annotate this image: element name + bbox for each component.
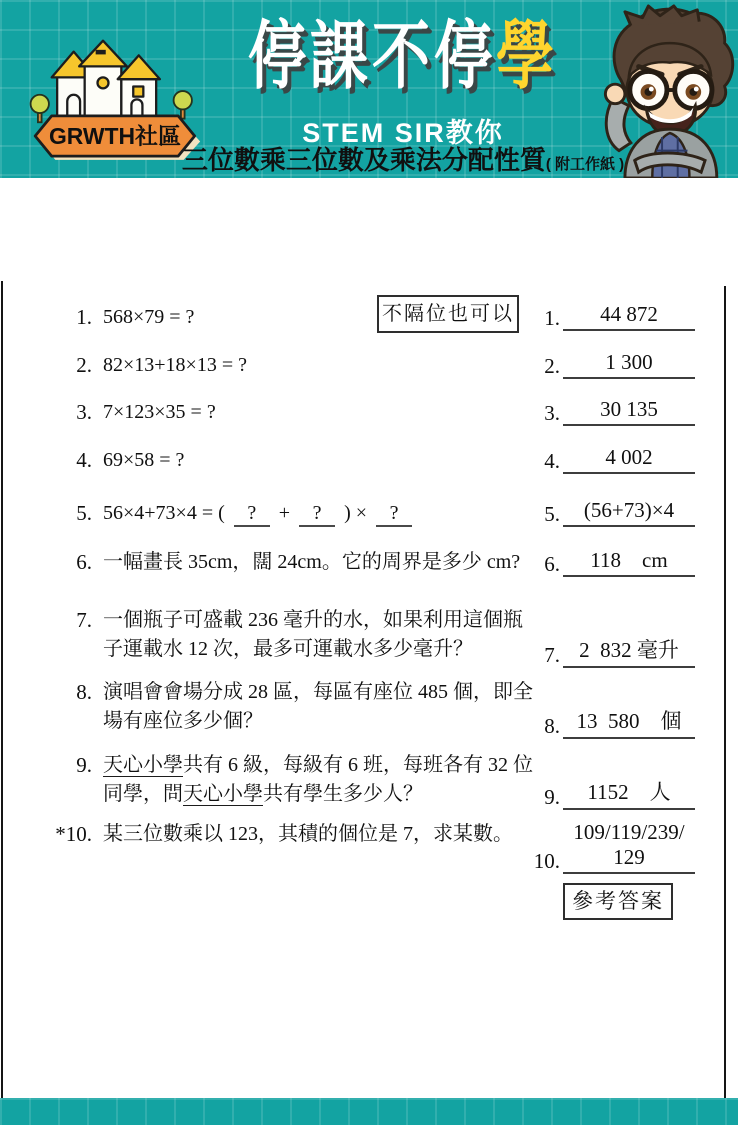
answer-value: 1 300 — [605, 350, 652, 374]
answer-line: 1 300 — [563, 350, 695, 379]
header-banner: GRWTH社區 停課不停學 STEM SIR教你 三位數乘三位數及乘法分配性質(… — [0, 0, 738, 178]
question-8: 8. 演唱會會場分成 28 區，每區有座位 485 個，即全場有座位多少個？ — [40, 678, 533, 736]
answer-7: 7. 2 832 毫升 — [516, 634, 695, 668]
q8-line1: 演唱會會場分成 28 區，每區有座位 485 個，即全 — [103, 678, 533, 707]
answer-line: 118 cm — [563, 548, 695, 577]
q9-line2-rest: 共有學生多少人？ — [263, 783, 423, 805]
question-text: 天心小學共有 6 級，每級有 6 班，每班各有 32 位同學，問天心小學共有學生… — [103, 751, 533, 809]
question-7: 7. 一個瓶子可盛載 236 毫升的水，如果利用這個瓶子運載水 12 次，最多可… — [40, 606, 523, 664]
answer-10: 10. 109/119/239/ 129 — [516, 820, 695, 874]
topic-text: 三位數乘三位數及乘法分配性質 — [182, 145, 546, 175]
question-text: 7×123×35 = ? — [103, 398, 216, 427]
stem-sir-teacher-illustration — [590, 4, 738, 178]
worksheet-page: GRWTH社區 停課不停學 STEM SIR教你 三位數乘三位數及乘法分配性質(… — [0, 0, 738, 1125]
scan-edge-line-left — [1, 281, 3, 1098]
answer-blank: ? — [299, 502, 335, 527]
answer-line: (56+73)×4 — [563, 498, 695, 527]
question-text: 56×4+73×4 = (?+?) ×? — [103, 499, 421, 528]
question-text: 某三位數乘以 123，其積的個位是 7，求某數。 — [103, 820, 513, 849]
question-2: 2. 82×13+18×13 = ? — [40, 351, 247, 380]
q5-plus: + — [279, 502, 290, 524]
question-1: 1. 568×79 = ? — [40, 303, 194, 332]
answer-number: 9. — [516, 785, 563, 810]
answer-value-overflow: 109/119/239/ — [563, 820, 695, 845]
answer-number: 5. — [516, 502, 563, 527]
underlined-school-name: 天心小學 — [103, 754, 183, 777]
q7-line1: 一個瓶子可盛載 236 毫升的水，如果利用這個瓶 — [103, 606, 523, 635]
question-number: 3. — [40, 398, 103, 427]
question-text: 演唱會會場分成 28 區，每區有座位 485 個，即全場有座位多少個？ — [103, 678, 533, 736]
answer-line: 129 — [563, 845, 695, 874]
question-number: 8. — [40, 678, 103, 736]
footer-banner — [0, 1098, 738, 1125]
answer-value: (56+73)×4 — [584, 498, 674, 522]
question-number: 1. — [40, 303, 103, 332]
title-text: 停課不停學 — [178, 20, 628, 94]
answer-value: 13 580 個 — [577, 709, 682, 733]
question-number: 4. — [40, 446, 103, 475]
answer-value: 30 135 — [600, 397, 658, 421]
answer-number: 1. — [516, 306, 563, 331]
q8-line2: 場有座位多少個？ — [103, 707, 533, 736]
answer-line: 13 580 個 — [563, 705, 695, 739]
question-number: 9. — [40, 751, 103, 809]
question-10: *10. 某三位數乘以 123，其積的個位是 7，求某數。 — [40, 820, 513, 849]
answer-5: 5. (56+73)×4 — [516, 498, 695, 527]
q9-line2: 同學，問天心小學共有學生多少人？ — [103, 780, 533, 809]
question-6: 6. 一幅畫長 35cm，闊 24cm。它的周界是多少 cm? — [40, 548, 520, 577]
question-9: 9. 天心小學共有 6 級，每級有 6 班，每班各有 32 位同學，問天心小學共… — [40, 751, 533, 809]
question-4: 4. 69×58 = ? — [40, 446, 184, 475]
question-text: 一幅畫長 35cm，闊 24cm。它的周界是多少 cm? — [103, 548, 520, 577]
title-main: 停課不停 — [248, 15, 496, 98]
q5-prefix: 56×4+73×4 = ( — [103, 502, 225, 524]
answer-2: 2. 1 300 — [516, 350, 695, 379]
question-text: 568×79 = ? — [103, 303, 194, 332]
answer-3: 3. 30 135 — [516, 397, 695, 426]
answer-1: 1. 44 872 — [516, 302, 695, 331]
question-text: 一個瓶子可盛載 236 毫升的水，如果利用這個瓶子運載水 12 次，最多可運載水… — [103, 606, 523, 664]
answer-value: 129 — [613, 845, 645, 869]
hint-box: 不隔位也可以 — [377, 295, 519, 333]
answer-number: 10. — [516, 849, 563, 874]
answer-number: 6. — [516, 552, 563, 577]
lesson-topic: 三位數乘三位數及乘法分配性質( 附工作紙 ) — [160, 140, 646, 177]
question-number: 7. — [40, 606, 103, 664]
answer-4: 4. 4 002 — [516, 445, 695, 474]
answer-number: 8. — [516, 714, 563, 739]
answer-6: 6. 118 cm — [516, 548, 695, 577]
q5-close: ) × — [344, 502, 367, 524]
answer-number: 2. — [516, 354, 563, 379]
answer-line: 44 872 — [563, 302, 695, 331]
underlined-school-name: 天心小學 — [183, 783, 263, 806]
question-5: 5. 56×4+73×4 = (?+?) ×? — [40, 499, 421, 528]
scan-edge-line-right — [724, 286, 726, 1098]
answer-value: 4 002 — [605, 445, 652, 469]
question-text: 69×58 = ? — [103, 446, 184, 475]
question-text: 82×13+18×13 = ? — [103, 351, 247, 380]
question-3: 3. 7×123×35 = ? — [40, 398, 216, 427]
answer-line: 4 002 — [563, 445, 695, 474]
answer-8: 8. 13 580 個 — [516, 705, 695, 739]
question-number: 2. — [40, 351, 103, 380]
question-number: *10. — [40, 820, 103, 849]
answer-line: 1152 人 — [563, 776, 695, 810]
answer-stack: 109/119/239/ 129 — [563, 820, 695, 874]
answer-number: 4. — [516, 449, 563, 474]
answer-9: 9. 1152 人 — [516, 776, 695, 810]
answer-blank: ? — [376, 502, 412, 527]
q9-line1-rest: 共有 6 級，每級有 6 班，每班各有 32 位 — [183, 754, 533, 776]
title-accent: 學 — [496, 15, 558, 98]
campaign-title: 停課不停學 — [178, 20, 628, 78]
q9-line2-pre: 同學，問 — [103, 783, 183, 805]
answer-value: 1152 人 — [587, 780, 670, 804]
answer-value: 2 832 毫升 — [579, 638, 679, 662]
answer-value: 118 cm — [590, 548, 667, 572]
answer-line: 2 832 毫升 — [563, 634, 695, 668]
answer-number: 7. — [516, 643, 563, 668]
q9-line1: 天心小學共有 6 級，每級有 6 班，每班各有 32 位 — [103, 751, 533, 780]
answer-key-box: 參考答案 — [563, 883, 673, 920]
question-number: 6. — [40, 548, 103, 577]
answer-blank: ? — [234, 502, 270, 527]
answer-line: 30 135 — [563, 397, 695, 426]
answer-number: 3. — [516, 401, 563, 426]
q7-line2: 子運載水 12 次，最多可運載水多少毫升？ — [103, 635, 523, 664]
question-number: 5. — [40, 499, 103, 528]
answer-value: 44 872 — [600, 302, 658, 326]
